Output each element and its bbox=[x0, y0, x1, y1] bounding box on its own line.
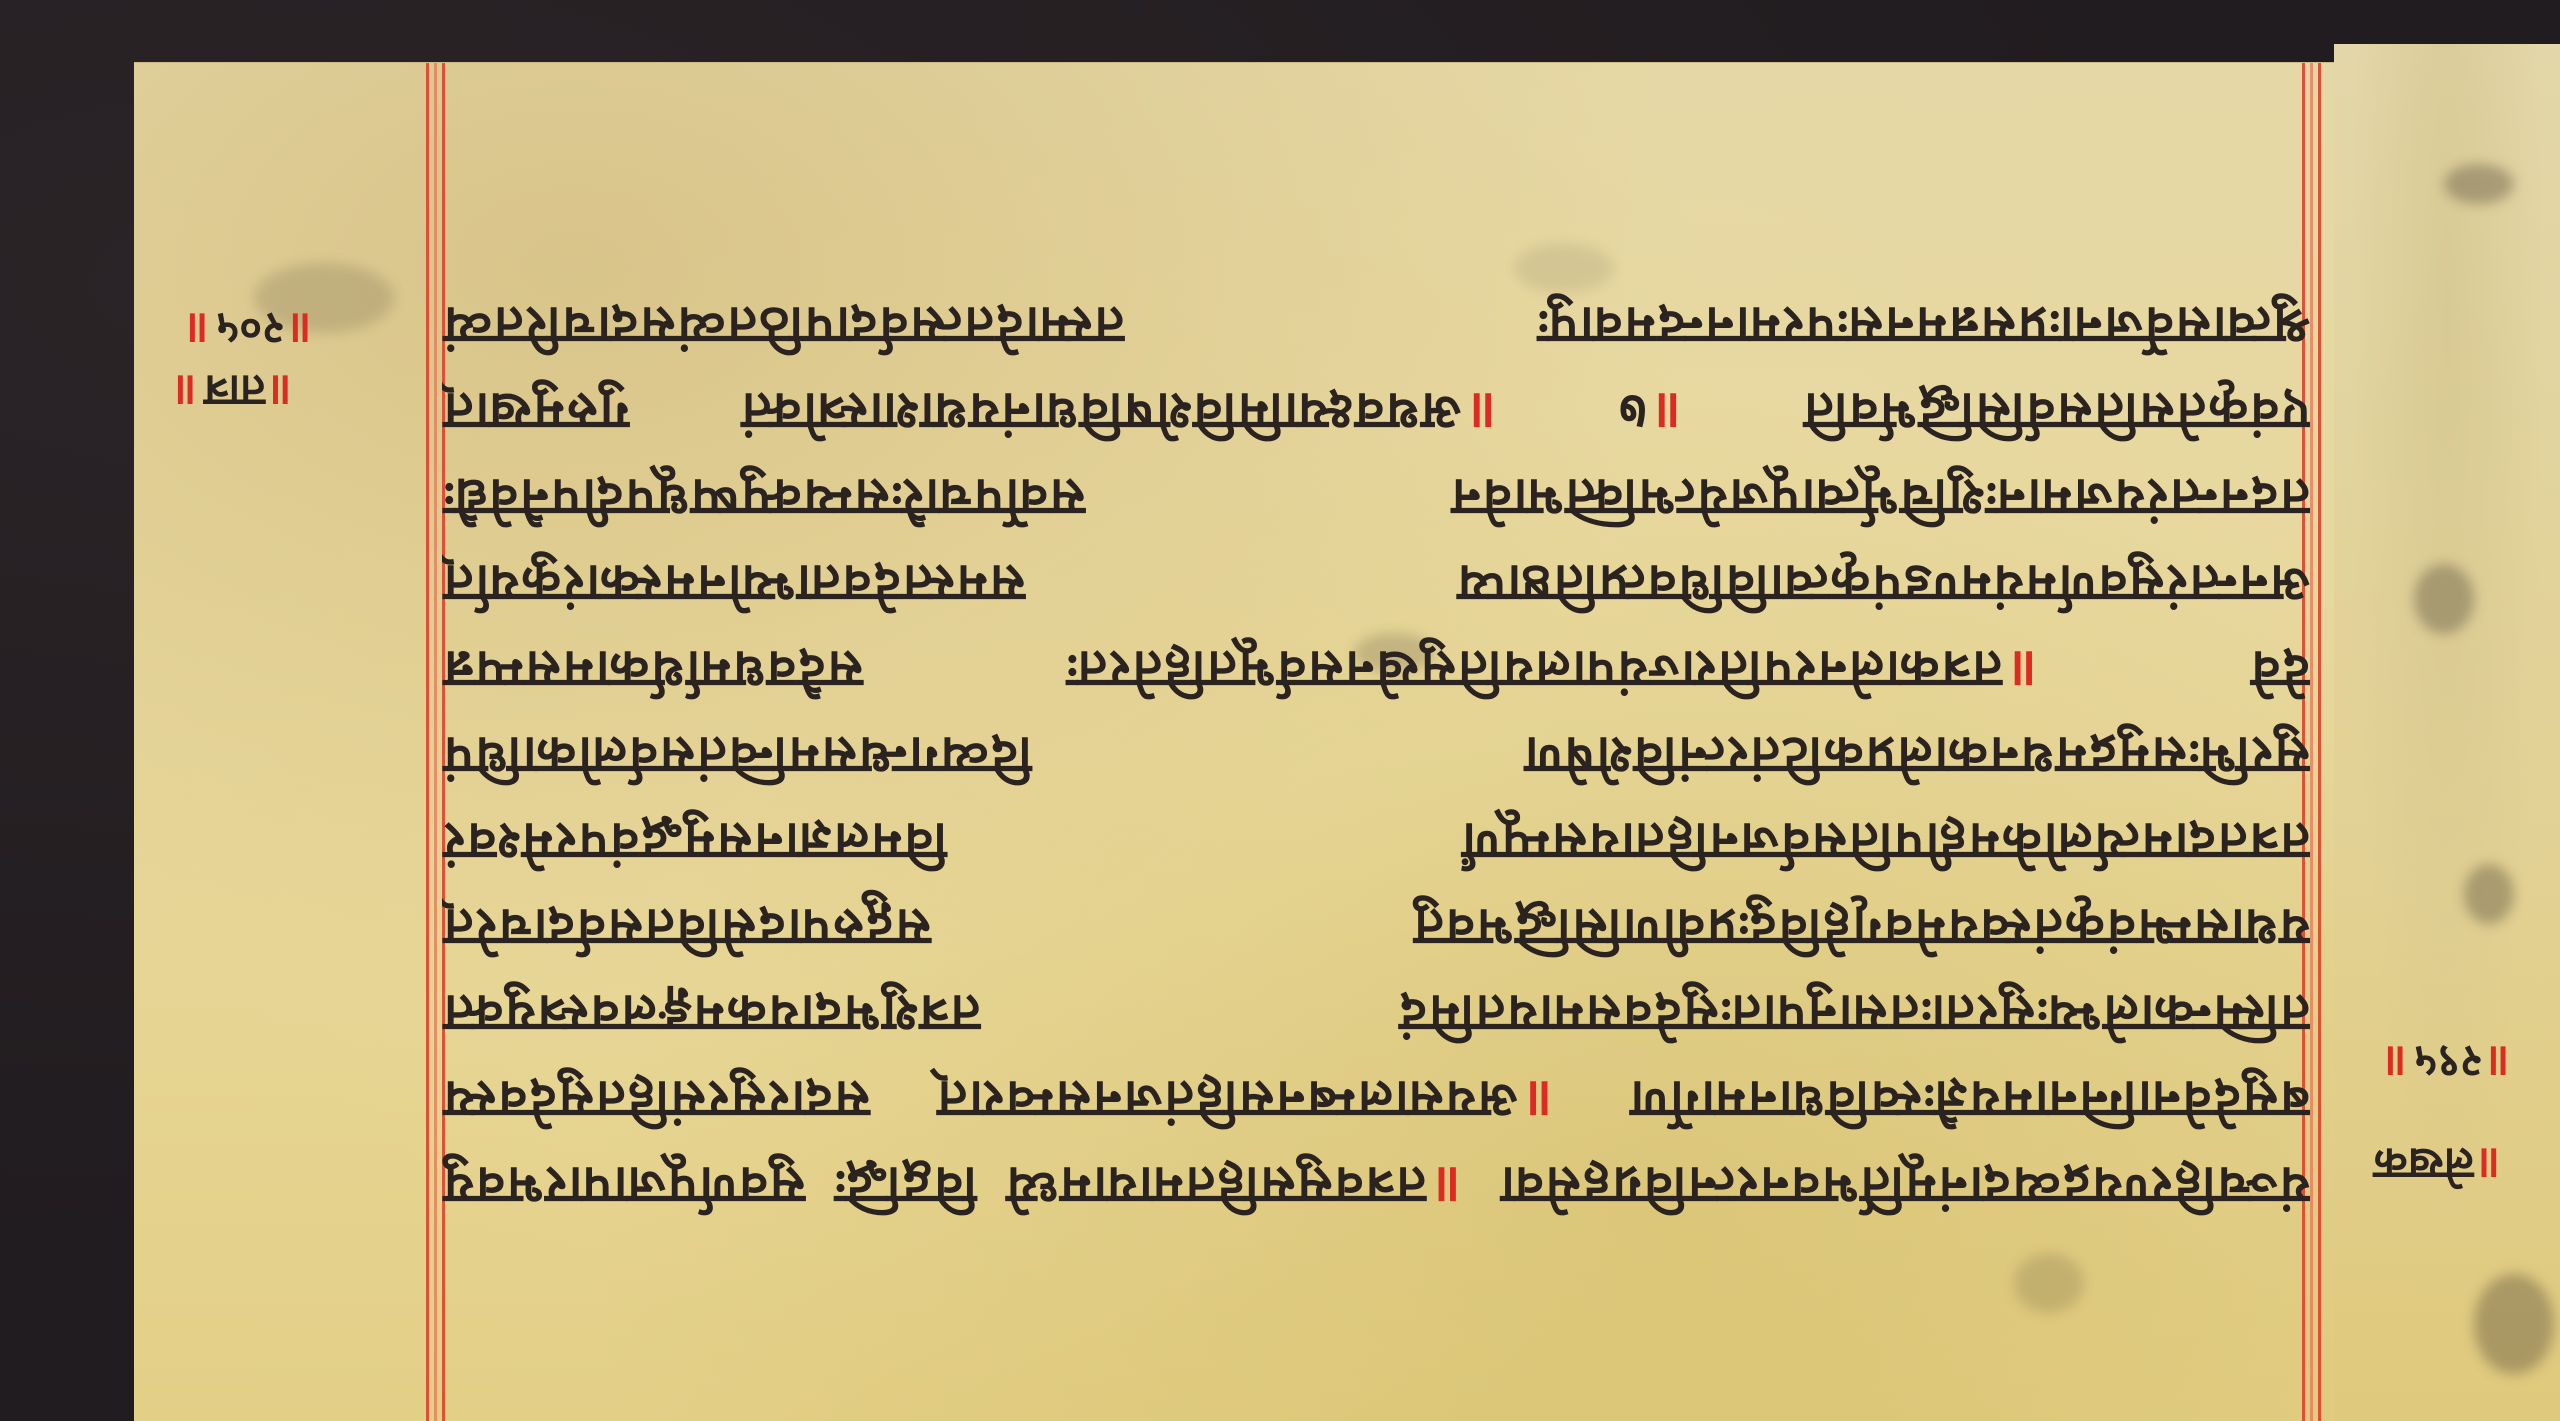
folio-number-text: २०५ bbox=[216, 303, 285, 354]
ruling-line bbox=[2318, 63, 2321, 1421]
script-text: देवे bbox=[2249, 640, 2310, 700]
right-margin-label: ॥लेखक bbox=[2374, 1136, 2508, 1196]
text-line: सुरभिःसमुद्रमथनकालेप्रकटितंरत्नंविशेषेण … bbox=[442, 715, 2310, 801]
right-folio-number: ॥२९५॥ bbox=[2380, 1034, 2517, 1094]
text-line: तस्मिन्कालेभ्यःसुरताःतसानुपातःसुदेवसमायत… bbox=[442, 973, 2310, 1059]
script-text: एवंकृतेसतिसर्वसिद्धिर्भवति bbox=[1802, 382, 2310, 442]
script-text: तत्रतदामर्त्यलोकेमहीपतिसर्वजनहितायसम्पूर… bbox=[442, 812, 2310, 872]
script-text: अयसालम्बनसहितंजनसम्वरात् सदारसुरसंहितसुद… bbox=[442, 1070, 1518, 1130]
red-double-danda: ॥ bbox=[1432, 1156, 1465, 1216]
ruling-line bbox=[426, 63, 429, 1421]
script-text: तत्रवसुसहितमायामध्ये विद्वद्भिः सुवर्णपू… bbox=[442, 1156, 1426, 1216]
red-double-danda: ॥ bbox=[2008, 640, 2041, 700]
margin-label-text: लेखक bbox=[2374, 1138, 2474, 1189]
text-line: तत्रतदामर्त्यलोकेमहीपतिसर्वजनहितायसम्पूर… bbox=[442, 801, 2310, 887]
text-line: बसुदेवेनाग्निनामयज्ञैःस्वविधानमार्गेण ॥अ… bbox=[442, 1059, 2310, 1145]
script-text: ७ bbox=[1617, 382, 1646, 442]
script-text: अथवक्ष्यामिविशेषविधानंयथाशास्त्रोक्तं गु… bbox=[442, 382, 1461, 442]
text-line: अनन्तरंसुवर्णमयंमण्डपंकृत्वाविधिवत्प्रति… bbox=[442, 543, 2310, 629]
script-text: यथासम्भवंकृतंस्वयमेवगृहेविदुःप्रवीणसिद्ध… bbox=[442, 898, 2310, 958]
manuscript-text-block: यंञ्चहिरण्यद्रव्यदानंमूर्तिभवनरत्नविग्रह… bbox=[442, 285, 2310, 1231]
left-folio-number: ॥२०५॥ bbox=[182, 301, 319, 361]
text-line-content: श्रुत्वासर्वेजनाःप्रसन्नमनसःपरमानन्दमवाप… bbox=[442, 293, 2310, 364]
adjacent-folio: ॥२९५॥ ॥लेखक bbox=[2334, 44, 2560, 1421]
text-line-content: अनन्तरंसुवर्णमयंमण्डपंकृत्वाविधिवत्प्रति… bbox=[442, 551, 2310, 622]
text-line: श्रुत्वासर्वेजनाःप्रसन्नमनसःपरमानन्दमवाप… bbox=[442, 285, 2310, 371]
folio-number-text: २९५ bbox=[2414, 1036, 2483, 1087]
script-text: सुरभिःसमुद्रमथनकालेप्रकटितंरत्नंविशेषेण … bbox=[442, 726, 2310, 786]
script-text: बसुदेवेनाग्निनामयज्ञैःस्वविधानमार्गेण bbox=[1629, 1070, 2310, 1130]
text-line-content: देवे ॥तत्रकालेनरपतिराज्यंपालयतिसुखेनसर्व… bbox=[442, 637, 2310, 708]
text-line-content: तत्रतदामर्त्यलोकेमहीपतिसर्वजनहितायसम्पूर… bbox=[442, 809, 2310, 880]
text-line-content: बसुदेवेनाग्निनामयज्ञैःस्वविधानमार्गेण ॥अ… bbox=[442, 1067, 2310, 1138]
ruling-line bbox=[434, 63, 437, 1421]
script-text: तस्मिन्कालेभ्यःसुरताःतसानुपातःसुदेवसमायत… bbox=[442, 984, 2310, 1044]
text-line-content: तस्मिन्कालेभ्यःसुरताःतसानुपातःसुदेवसमायत… bbox=[442, 981, 2310, 1052]
text-line: यंञ्चहिरण्यद्रव्यदानंमूर्तिभवनरत्नविग्रह… bbox=[442, 1145, 2310, 1231]
script-text: तदनन्तरंयजमानःशुचिर्भूत्वापूजयेत्भक्तिभा… bbox=[442, 468, 2310, 528]
text-line-content: यंञ्चहिरण्यद्रव्यदानंमूर्तिभवनरत्नविग्रह… bbox=[442, 1153, 2310, 1224]
left-margin-label: ॥तात्र॥ bbox=[170, 363, 299, 423]
red-double-danda: ॥ bbox=[1467, 382, 1500, 442]
red-double-danda: ॥ bbox=[1524, 1070, 1557, 1130]
text-line: देवे ॥तत्रकालेनरपतिराज्यंपालयतिसुखेनसर्व… bbox=[442, 629, 2310, 715]
text-line-content: यथासम्भवंकृतंस्वयमेवगृहेविदुःप्रवीणसिद्ध… bbox=[442, 895, 2310, 966]
margin-label-text: तात्र bbox=[204, 365, 265, 416]
red-double-danda: ॥ bbox=[1652, 382, 1685, 442]
script-text: यंञ्चहिरण्यद्रव्यदानंमूर्तिभवनरत्नविग्रह… bbox=[1499, 1156, 2310, 1216]
text-line-content: तदनन्तरंयजमानःशुचिर्भूत्वापूजयेत्भक्तिभा… bbox=[442, 465, 2310, 536]
ruling-line bbox=[2310, 63, 2313, 1421]
script-text: अनन्तरंसुवर्णमयंमण्डपंकृत्वाविधिवत्प्रति… bbox=[442, 554, 2310, 614]
text-line: एवंकृतेसतिसर्वसिद्धिर्भवति ॥७ ॥अथवक्ष्या… bbox=[442, 371, 2310, 457]
text-line: यथासम्भवंकृतंस्वयमेवगृहेविदुःप्रवीणसिद्ध… bbox=[442, 887, 2310, 973]
script-text: श्रुत्वासर्वेजनाःप्रसन्नमनसःपरमानन्दमवाप… bbox=[442, 296, 2310, 356]
text-line-content: सुरभिःसमुद्रमथनकालेप्रकटितंरत्नंविशेषेण … bbox=[442, 723, 2310, 794]
text-line-content: एवंकृतेसतिसर्वसिद्धिर्भवति ॥७ ॥अथवक्ष्या… bbox=[442, 379, 2310, 450]
script-text: तत्रकालेनरपतिराज्यंपालयतिसुखेनसर्वभूतहित… bbox=[442, 640, 2002, 700]
text-line: तदनन्तरंयजमानःशुचिर्भूत्वापूजयेत्भक्तिभा… bbox=[442, 457, 2310, 543]
